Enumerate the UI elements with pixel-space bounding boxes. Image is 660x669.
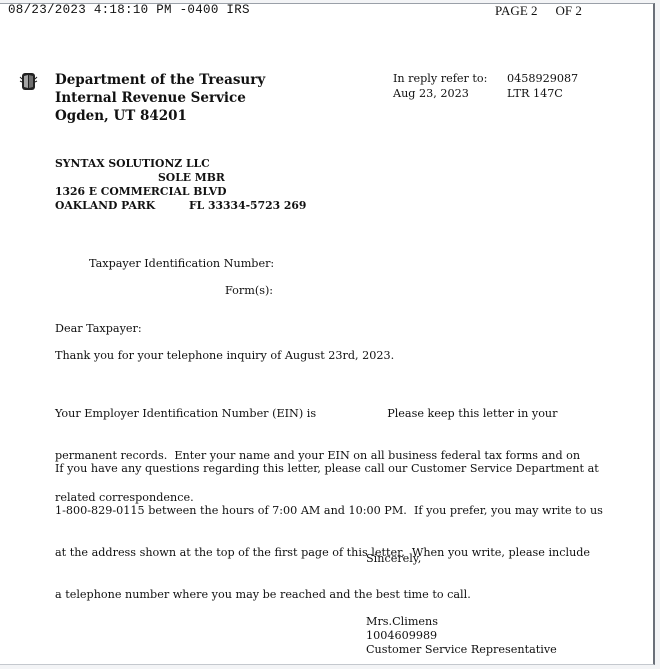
signer-id: 1004609989 — [366, 629, 557, 643]
thanks-paragraph: Thank you for your telephone inquiry of … — [55, 349, 394, 363]
questions-line: 1-800-829-0115 between the hours of 7:00… — [55, 504, 615, 518]
recipient-address: SYNTAX SOLUTIONZ LLC SOLE MBR 1326 E COM… — [55, 157, 306, 213]
salutation: Dear Taxpayer: — [55, 322, 142, 336]
page-number: PAGE 2 — [495, 3, 538, 18]
recipient-name: SYNTAX SOLUTIONZ LLC — [55, 157, 306, 171]
signer-name: Mrs.Climens — [366, 615, 557, 629]
irs-eagle-logo-icon — [19, 71, 38, 92]
ein-line: Your Employer Identification Number (EIN… — [55, 407, 595, 421]
agency-department: Department of the Treasury — [55, 71, 265, 89]
page-indicator: PAGE 2OF 2 — [495, 3, 600, 19]
letter-date: Aug 23, 2023 — [393, 86, 507, 101]
signature-block: Mrs.Climens 1004609989 Customer Service … — [366, 615, 557, 657]
closing: Sincerely, — [366, 552, 421, 566]
reference-block: In reply refer to:0458929087 Aug 23, 202… — [393, 71, 578, 101]
recipient-state-zip: FL 33334-5723 269 — [189, 199, 306, 212]
recipient-city: OAKLAND PARK — [55, 199, 189, 213]
agency-city: Ogden, UT 84201 — [55, 107, 265, 125]
forms-label: Form(s): — [225, 284, 273, 298]
questions-paragraph: If you have any questions regarding this… — [55, 434, 615, 630]
reply-number: 0458929087 — [507, 71, 578, 86]
recipient-street: 1326 E COMMERCIAL BLVD — [55, 185, 306, 199]
print-timestamp: 08/23/2023 4:18:10 PM -0400 IRS — [8, 3, 250, 17]
agency-address: Department of the Treasury Internal Reve… — [55, 71, 265, 125]
questions-line: a telephone number where you may be reac… — [55, 588, 615, 602]
reply-label: In reply refer to: — [393, 71, 507, 86]
questions-line: If you have any questions regarding this… — [55, 462, 615, 476]
agency-name: Internal Revenue Service — [55, 89, 265, 107]
tin-label: Taxpayer Identification Number: — [89, 257, 274, 271]
signer-title: Customer Service Representative — [366, 643, 557, 657]
page-total: OF 2 — [556, 3, 582, 18]
letter-page: 08/23/2023 4:18:10 PM -0400 IRS PAGE 2OF… — [0, 3, 655, 665]
letter-code: LTR 147C — [507, 86, 563, 101]
questions-line: at the address shown at the top of the f… — [55, 546, 615, 560]
recipient-title: SOLE MBR — [55, 171, 306, 185]
